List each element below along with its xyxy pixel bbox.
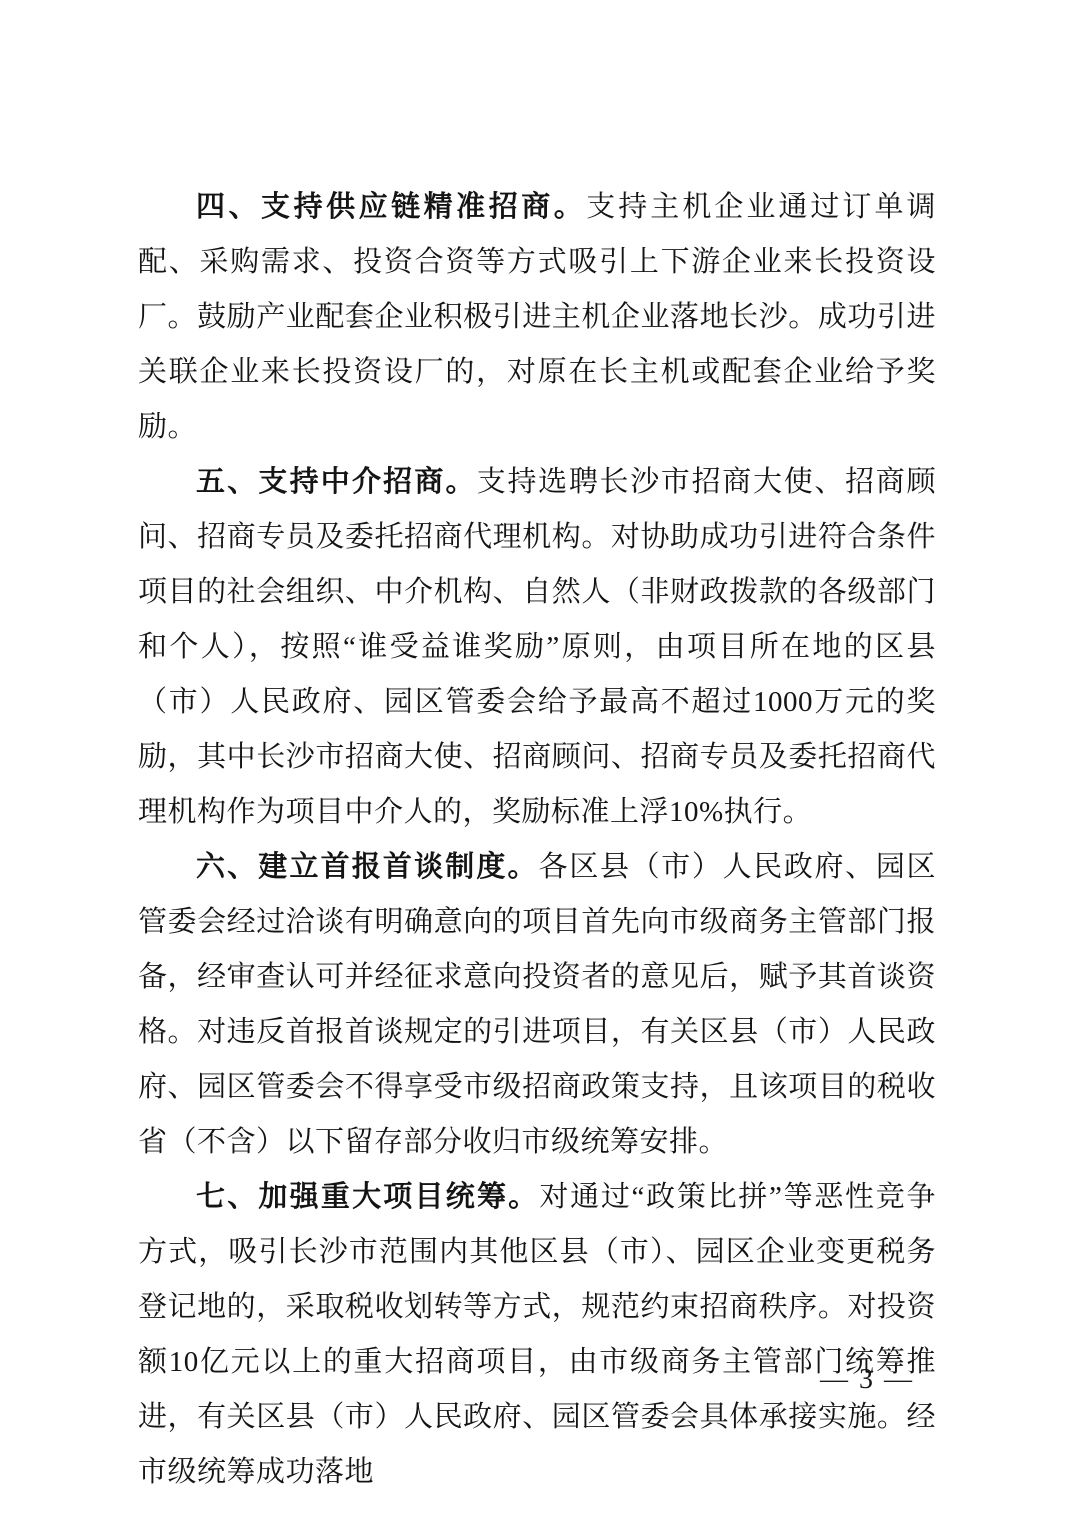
document-body: 四、支持供应链精准招商。支持主机企业通过订单调配、采购需求、投资合资等方式吸引上…: [138, 180, 936, 1500]
paragraph-text: 各区县（市）人民政府、园区管委会经过洽谈有明确意向的项目首先向市级商务主管部门报…: [138, 851, 936, 1158]
paragraph-text: 支持主机企业通过订单调配、采购需求、投资合资等方式吸引上下游企业来长投资设厂。鼓…: [138, 191, 936, 443]
paragraph-item-6: 六、建立首报首谈制度。各区县（市）人民政府、园区管委会经过洽谈有明确意向的项目首…: [138, 840, 936, 1170]
paragraph-item-5: 五、支持中介招商。支持选聘长沙市招商大使、招商顾问、招商专员及委托招商代理机构。…: [138, 455, 936, 840]
paragraph-heading: 四、支持供应链精准招商。: [196, 191, 586, 223]
paragraph-heading: 五、支持中介招商。: [196, 466, 477, 498]
page-footer: — 3 —: [820, 1364, 914, 1396]
paragraph-item-4: 四、支持供应链精准招商。支持主机企业通过订单调配、采购需求、投资合资等方式吸引上…: [138, 180, 936, 455]
document-page: 四、支持供应链精准招商。支持主机企业通过订单调配、采购需求、投资合资等方式吸引上…: [0, 0, 1074, 1514]
paragraph-heading: 六、建立首报首谈制度。: [196, 851, 539, 883]
paragraph-text: 对通过“政策比拼”等恶性竞争方式，吸引长沙市范围内其他区县（市）、园区企业变更税…: [138, 1181, 936, 1488]
paragraph-text: 支持选聘长沙市招商大使、招商顾问、招商专员及委托招商代理机构。对协助成功引进符合…: [138, 466, 936, 828]
paragraph-heading: 七、加强重大项目统筹。: [196, 1181, 539, 1213]
page-number: — 3 —: [820, 1364, 914, 1395]
paragraph-item-7: 七、加强重大项目统筹。对通过“政策比拼”等恶性竞争方式，吸引长沙市范围内其他区县…: [138, 1170, 936, 1500]
